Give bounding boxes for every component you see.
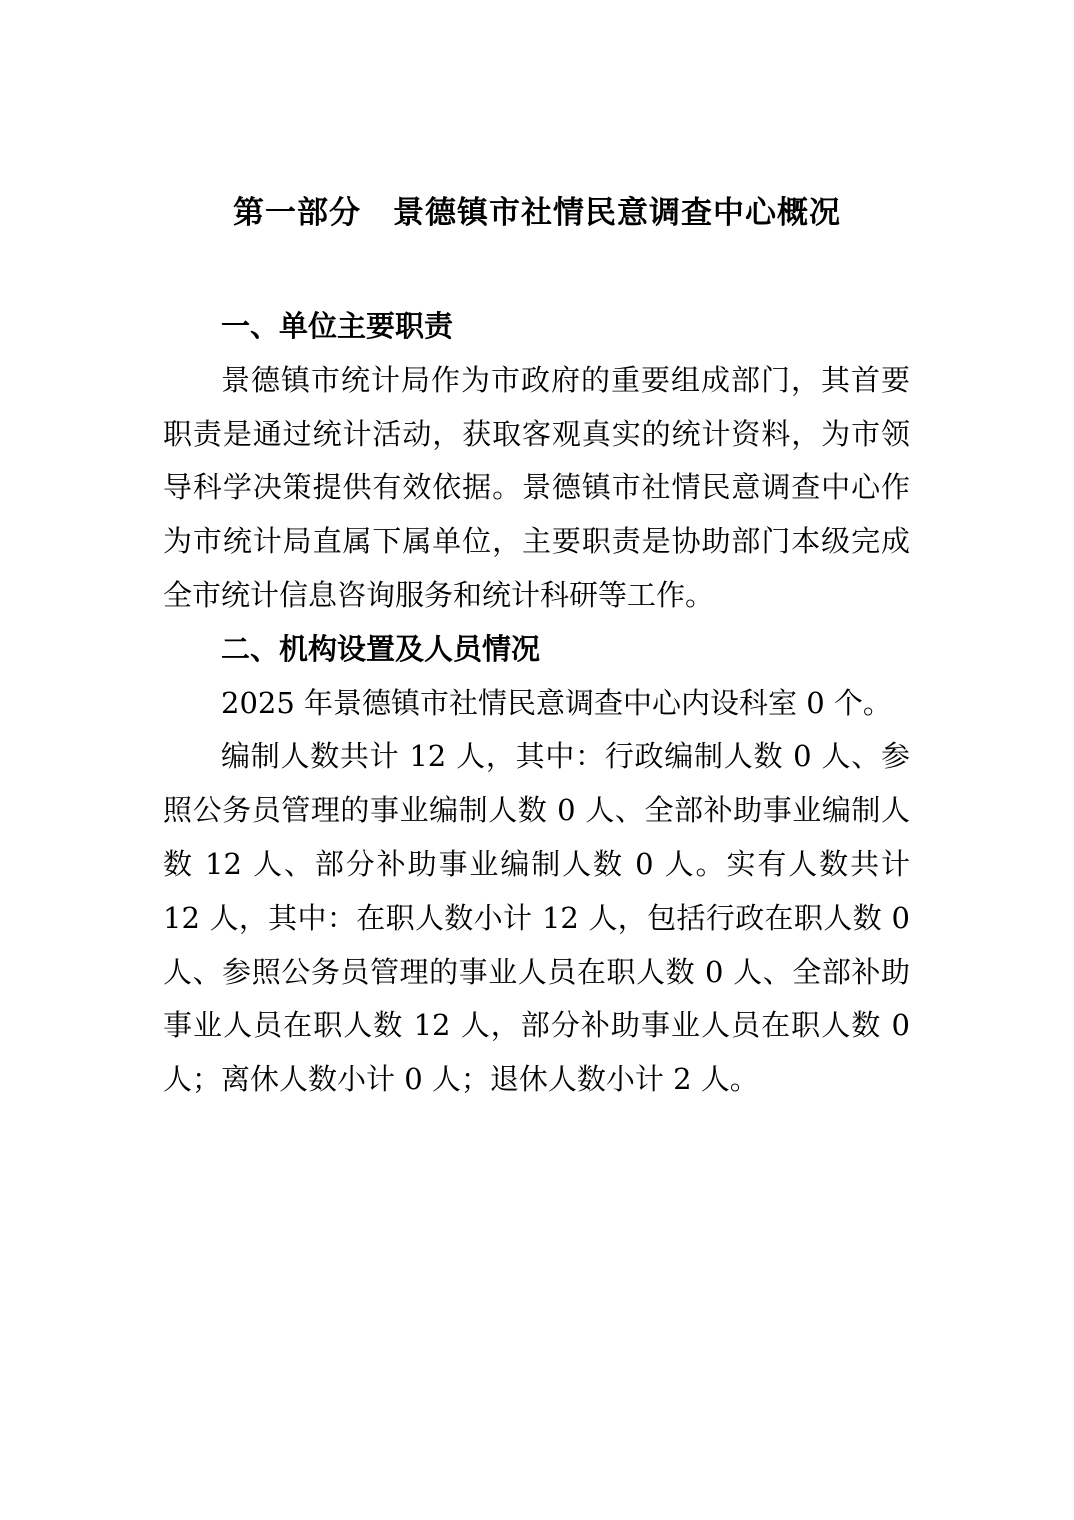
- section-heading-org-personnel: 二、机构设置及人员情况: [163, 623, 910, 677]
- section-heading-unit-duties: 一、单位主要职责: [163, 300, 910, 354]
- document-title: 第一部分 景德镇市社情民意调查中心概况: [40, 186, 1034, 240]
- paragraph-personnel-counts: 编制人数共计 12 人，其中：行政编制人数 0 人、参照公务员管理的事业编制人数…: [163, 730, 910, 1107]
- document-page: 第一部分 景德镇市社情民意调查中心概况 一、单位主要职责 景德镇市统计局作为市政…: [0, 0, 1074, 1520]
- paragraph-unit-duties: 景德镇市统计局作为市政府的重要组成部门，其首要职责是通过统计活动，获取客观真实的…: [163, 354, 910, 623]
- document-content: 一、单位主要职责 景德镇市统计局作为市政府的重要组成部门，其首要职责是通过统计活…: [163, 300, 910, 1107]
- paragraph-org-setup: 2025 年景德镇市社情民意调查中心内设科室 0 个。: [163, 677, 910, 731]
